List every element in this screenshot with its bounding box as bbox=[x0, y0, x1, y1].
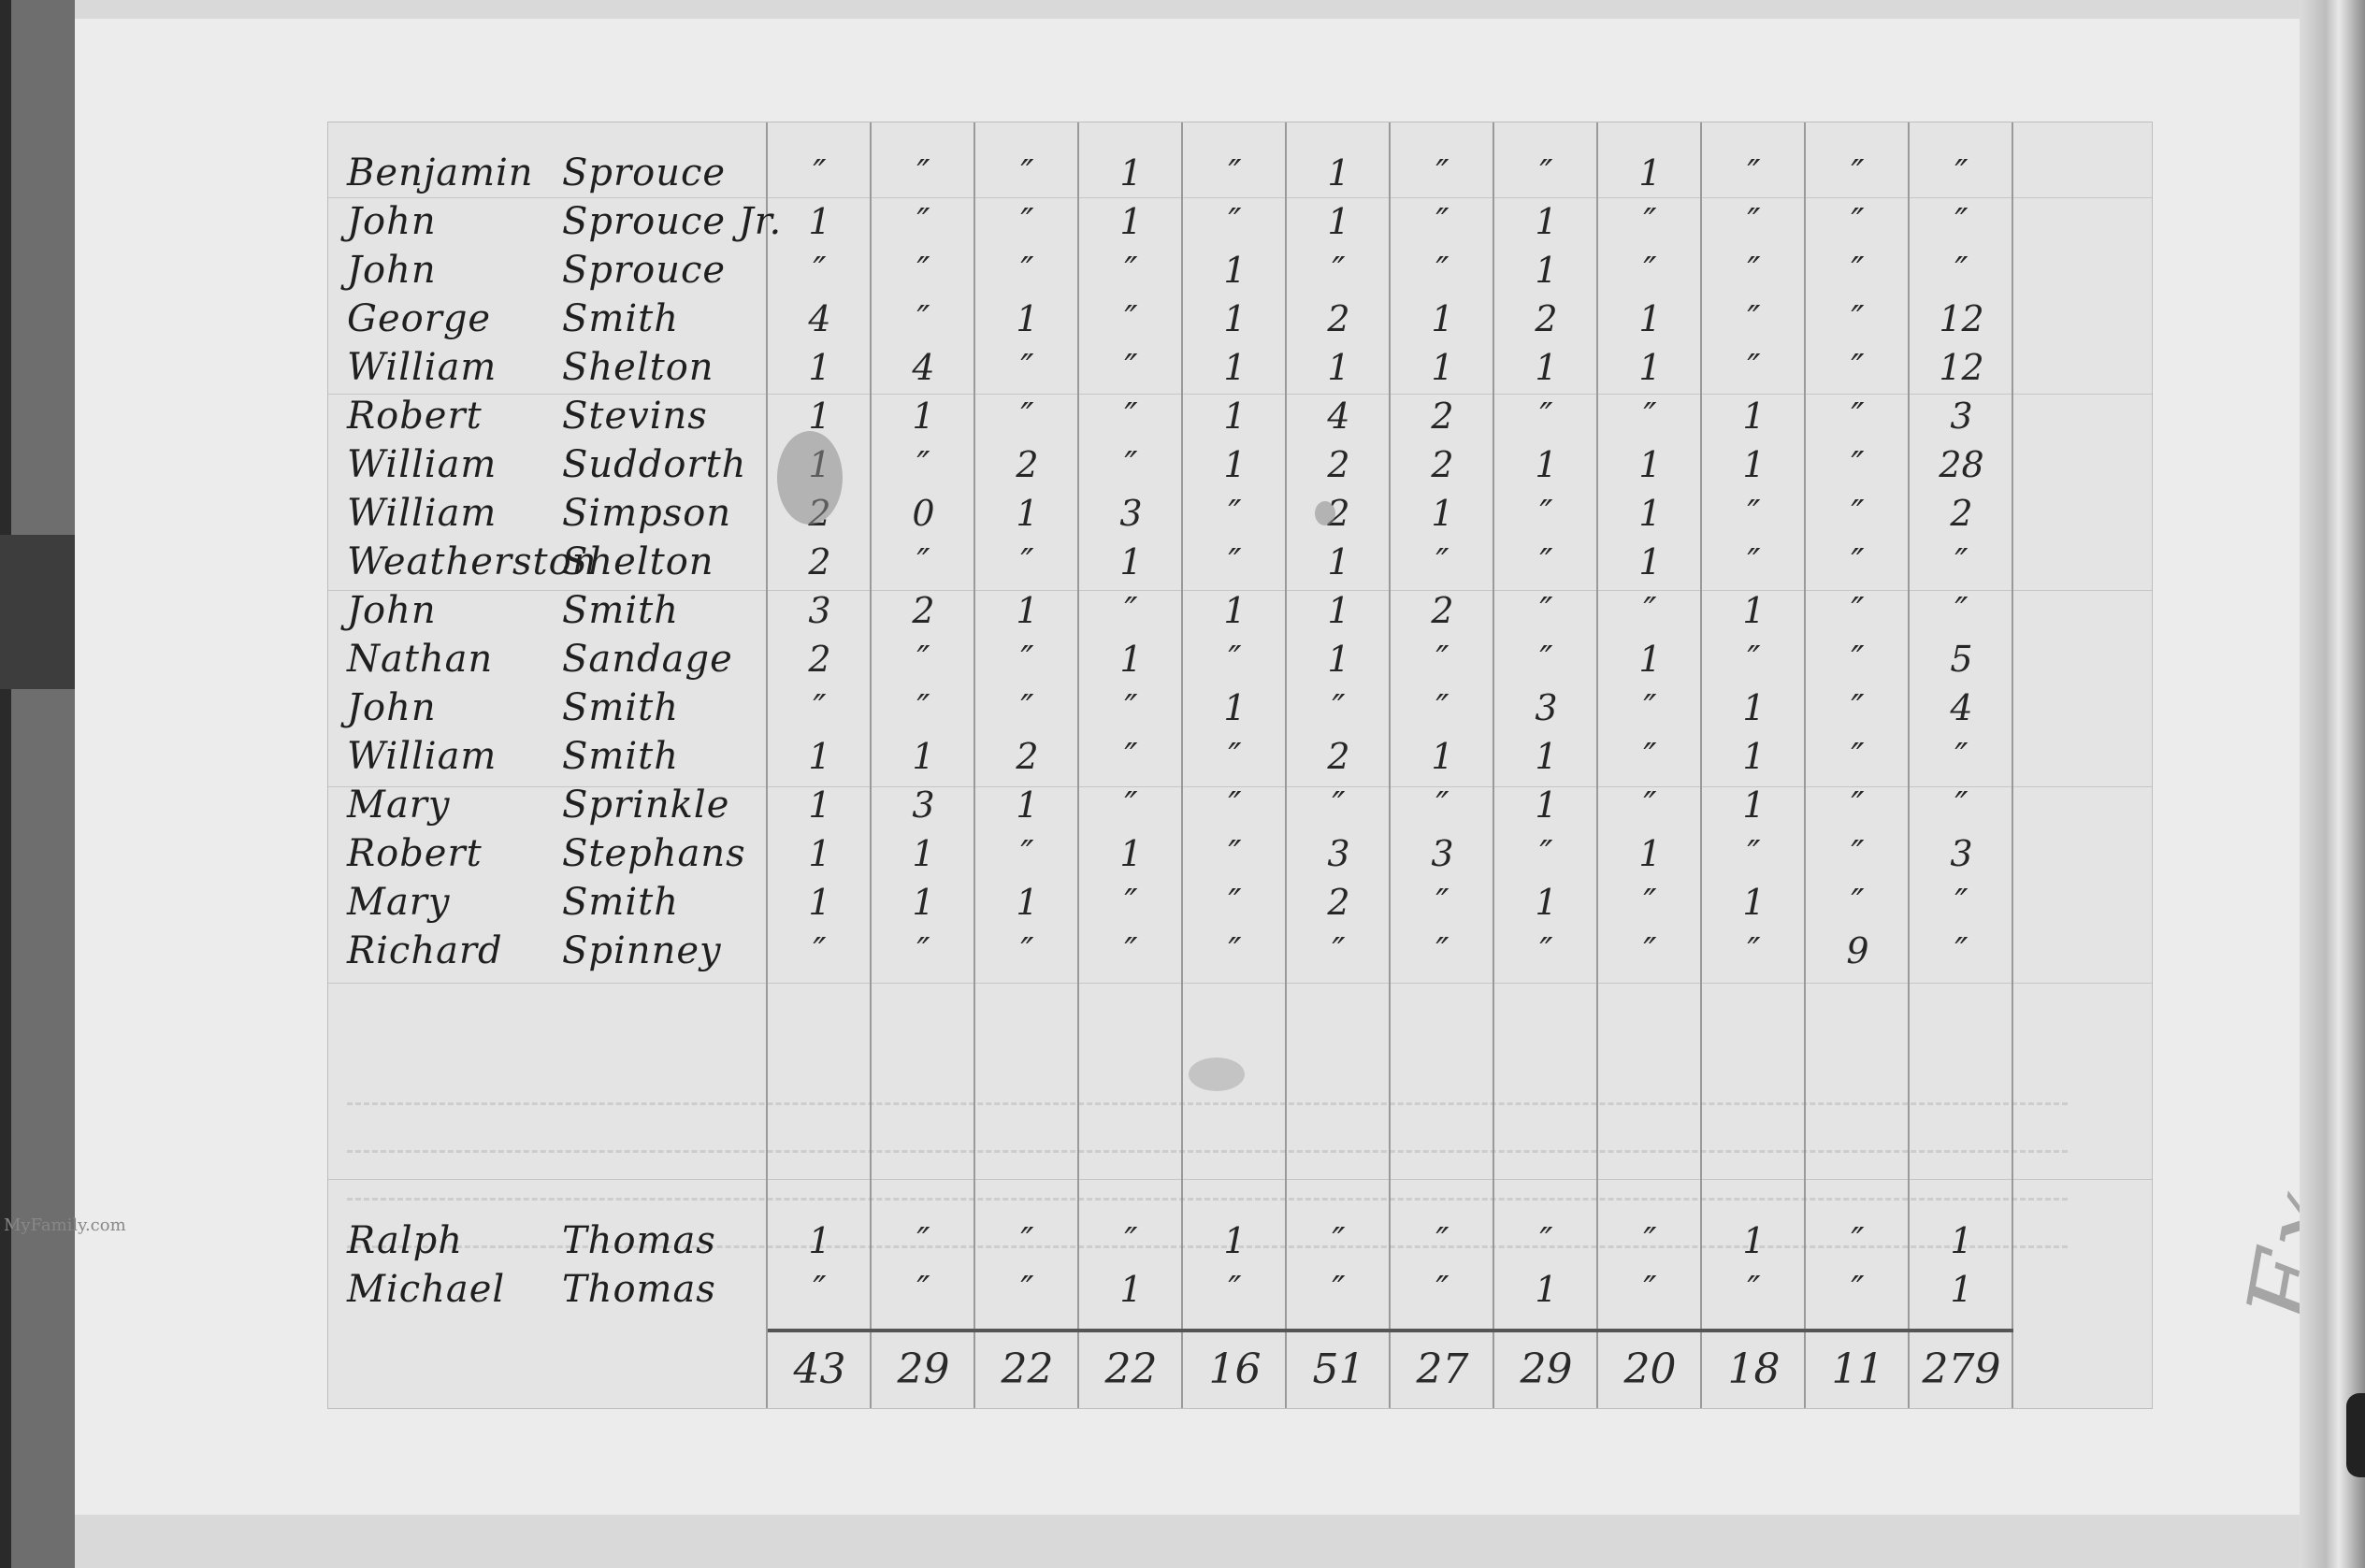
tally-cell: 1 bbox=[1079, 1269, 1183, 1310]
tally-cell: ″ bbox=[1598, 1220, 1702, 1261]
tally-cell: 1 bbox=[1183, 396, 1287, 437]
tally-cell: 5 bbox=[1910, 639, 2013, 680]
tally-cell: ″ bbox=[1391, 541, 1494, 583]
tally-row: 111″″2″1″1″″ bbox=[768, 878, 2013, 927]
tally-cell: ″ bbox=[1391, 152, 1494, 194]
tally-cell: ″ bbox=[1910, 882, 2013, 923]
total-cell: 51 bbox=[1287, 1345, 1391, 1393]
tally-cell: 1 bbox=[1287, 541, 1391, 583]
tally-cell: 1 bbox=[1598, 833, 1702, 874]
tally-cell: 2 bbox=[872, 590, 975, 631]
tally-cell: ″ bbox=[975, 201, 1079, 242]
tally-cell: 1 bbox=[1183, 590, 1287, 631]
tally-cell: 1 bbox=[1287, 201, 1391, 242]
film-left-border bbox=[0, 0, 75, 1568]
tally-cell: ″ bbox=[1079, 590, 1183, 631]
tally-cell: ″ bbox=[1494, 1220, 1598, 1261]
given-name: Robert bbox=[347, 829, 562, 878]
tally-cell: 2 bbox=[1287, 882, 1391, 923]
tally-cell: 1 bbox=[1910, 1269, 2013, 1310]
tally-cell: ″ bbox=[1598, 250, 1702, 291]
tally-cell: ″ bbox=[975, 250, 1079, 291]
given-name: Nathan bbox=[347, 635, 562, 683]
total-cell: 22 bbox=[975, 1345, 1079, 1393]
given-name: Weatherston bbox=[347, 538, 562, 586]
tally-cell: 3 bbox=[1910, 396, 2013, 437]
tally-cell: ″ bbox=[1806, 784, 1910, 826]
tally-cell: ″ bbox=[1287, 784, 1391, 826]
tally-cell: ″ bbox=[975, 541, 1079, 583]
tally-cell: ″ bbox=[1598, 882, 1702, 923]
tally-cell: 3 bbox=[1287, 833, 1391, 874]
tally-cell: 2 bbox=[1287, 736, 1391, 777]
given-name: John bbox=[347, 683, 562, 732]
tally-cell: ″ bbox=[1183, 930, 1287, 971]
tally-cell: 1 bbox=[1598, 444, 1702, 485]
tally-cell: 1 bbox=[1702, 444, 1806, 485]
given-name: Mary bbox=[347, 878, 562, 927]
tally-cell: 1 bbox=[1494, 347, 1598, 388]
surname: Stevins bbox=[562, 392, 708, 440]
tally-cell: ″ bbox=[1702, 493, 1806, 534]
rule-line bbox=[328, 983, 2152, 984]
given-name: Robert bbox=[347, 392, 562, 440]
tally-cell: 1 bbox=[1391, 347, 1494, 388]
tally-cell: ″ bbox=[872, 1220, 975, 1261]
tally-cell: ″ bbox=[1806, 833, 1910, 874]
tally-cell: ″ bbox=[1287, 687, 1391, 728]
tally-cell: ″ bbox=[1287, 930, 1391, 971]
tally-cell: ″ bbox=[1494, 590, 1598, 631]
given-name: John bbox=[347, 586, 562, 635]
total-cell: 279 bbox=[1910, 1345, 2013, 1393]
tally-cell: 1 bbox=[1287, 347, 1391, 388]
tally-cell: ″ bbox=[1183, 152, 1287, 194]
tally-cell: ″ bbox=[872, 1269, 975, 1310]
tally-cell: ″ bbox=[1391, 687, 1494, 728]
tally-cell: ″ bbox=[1806, 639, 1910, 680]
tally-cell: ″ bbox=[1494, 493, 1598, 534]
surname: Sprouce Jr. bbox=[562, 197, 782, 246]
tally-row: ″″″1″1″″1″″″ bbox=[768, 149, 2013, 197]
tally-row: ″″″″1″″3″1″4 bbox=[768, 683, 2013, 732]
tally-cell: 2 bbox=[975, 444, 1079, 485]
surname: Suddorth bbox=[562, 440, 746, 489]
tally-cell: 2 bbox=[1287, 493, 1391, 534]
tally-cell: 3 bbox=[768, 590, 872, 631]
tally-cell: ″ bbox=[872, 250, 975, 291]
tally-cell: ″ bbox=[1702, 298, 1806, 339]
tally-cell: 1 bbox=[768, 396, 872, 437]
tally-cell: ″ bbox=[1806, 687, 1910, 728]
tally-cell: ″ bbox=[1910, 152, 2013, 194]
tally-cell: 1 bbox=[1702, 687, 1806, 728]
tally-cell: 1 bbox=[1494, 736, 1598, 777]
tally-cell: ″ bbox=[1806, 736, 1910, 777]
tally-cell: 1 bbox=[1702, 882, 1806, 923]
tally-cell: 4 bbox=[872, 347, 975, 388]
tally-grid: ″″″1″1″″1″″″1″″1″1″1″″″″″″″″1″″1″″″″4″1″… bbox=[768, 149, 2013, 975]
tally-cell: 1 bbox=[975, 493, 1079, 534]
tally-row: 1″″1″1″1″″″″ bbox=[768, 197, 2013, 246]
tally-cell: ″ bbox=[1287, 1269, 1391, 1310]
surname: Sprouce bbox=[562, 149, 726, 197]
surname: Shelton bbox=[562, 538, 714, 586]
bottom-tally-grid: 1″″″1″″″″1″1″″″1″″″1″″″1 bbox=[768, 1216, 2013, 1314]
tally-cell: 1 bbox=[1598, 639, 1702, 680]
tally-cell: ″ bbox=[1391, 201, 1494, 242]
surname: Sprouce bbox=[562, 246, 726, 295]
total-cell: 29 bbox=[872, 1345, 975, 1393]
tally-cell: 12 bbox=[1910, 298, 2013, 339]
tally-cell: ″ bbox=[1183, 201, 1287, 242]
tally-cell: 1 bbox=[1391, 298, 1494, 339]
tally-cell: ″ bbox=[1806, 1220, 1910, 1261]
tally-cell: ″ bbox=[1598, 930, 1702, 971]
tally-cell: ″ bbox=[1806, 493, 1910, 534]
tally-cell: ″ bbox=[1598, 1269, 1702, 1310]
census-ledger-sheet: BenjaminSprouce JohnSprouce Jr. JohnSpro… bbox=[327, 122, 2153, 1409]
given-name: Benjamin bbox=[347, 149, 562, 197]
tally-cell: 4 bbox=[768, 298, 872, 339]
tally-cell: 12 bbox=[1910, 347, 2013, 388]
tally-row: 14″″11111″″12 bbox=[768, 343, 2013, 392]
tally-cell: 1 bbox=[1079, 833, 1183, 874]
tally-cell: 1 bbox=[1287, 152, 1391, 194]
film-right-edge bbox=[2300, 0, 2365, 1568]
tally-row: ″″″″″″″″″″9″ bbox=[768, 927, 2013, 975]
faded-line bbox=[347, 1111, 2068, 1153]
ink-stain bbox=[777, 431, 843, 525]
surname: Shelton bbox=[562, 343, 714, 392]
totals-row: 4329222216512729201811279 bbox=[768, 1329, 2013, 1393]
tally-cell: 1 bbox=[1079, 639, 1183, 680]
tally-cell: 1 bbox=[1702, 784, 1806, 826]
surname: Sandage bbox=[562, 635, 733, 683]
surname: Simpson bbox=[562, 489, 731, 538]
tally-row: 1″2″122111″28 bbox=[768, 440, 2013, 489]
tally-cell: ″ bbox=[1183, 1269, 1287, 1310]
tally-cell: ″ bbox=[1910, 784, 2013, 826]
tally-cell: ″ bbox=[768, 152, 872, 194]
tally-cell: ″ bbox=[1598, 201, 1702, 242]
total-cell: 16 bbox=[1183, 1345, 1287, 1393]
tally-cell: 1 bbox=[1702, 736, 1806, 777]
tally-cell: ″ bbox=[1494, 396, 1598, 437]
given-name: John bbox=[347, 246, 562, 295]
tally-cell: 1 bbox=[1287, 639, 1391, 680]
given-name: Mary bbox=[347, 781, 562, 829]
tally-row: 2″″1″1″″1″″″ bbox=[768, 538, 2013, 586]
tally-cell: 1 bbox=[1183, 298, 1287, 339]
tally-cell: ″ bbox=[1598, 396, 1702, 437]
tally-cell: 1 bbox=[768, 1220, 872, 1261]
surname: Smith bbox=[562, 683, 679, 732]
tally-cell: 3 bbox=[1079, 493, 1183, 534]
tally-cell: ″ bbox=[1287, 1220, 1391, 1261]
tally-cell: 1 bbox=[975, 784, 1079, 826]
watermark: MyFamily.com bbox=[4, 1216, 126, 1235]
tally-cell: 3 bbox=[872, 784, 975, 826]
given-name: Michael bbox=[347, 1265, 562, 1314]
tally-cell: ″ bbox=[1391, 784, 1494, 826]
tally-cell: ″ bbox=[1806, 882, 1910, 923]
tally-cell: ″ bbox=[1598, 784, 1702, 826]
tally-cell: 1 bbox=[975, 882, 1079, 923]
tally-cell: ″ bbox=[872, 152, 975, 194]
tally-cell: ″ bbox=[1806, 201, 1910, 242]
tally-cell: 4 bbox=[1910, 687, 2013, 728]
tally-row: 321″112″″1″″ bbox=[768, 586, 2013, 635]
tally-cell: ″ bbox=[1391, 1220, 1494, 1261]
tally-cell: 28 bbox=[1910, 444, 2013, 485]
tally-cell: ″ bbox=[1702, 541, 1806, 583]
tally-cell: ″ bbox=[1806, 152, 1910, 194]
tally-cell: 1 bbox=[768, 784, 872, 826]
tally-cell: ″ bbox=[1391, 250, 1494, 291]
tally-cell: ″ bbox=[768, 930, 872, 971]
tally-cell: 1 bbox=[1702, 396, 1806, 437]
tally-cell: ″ bbox=[1183, 784, 1287, 826]
tally-cell: ″ bbox=[768, 250, 872, 291]
tally-cell: 1 bbox=[1598, 152, 1702, 194]
tally-cell: 1 bbox=[872, 736, 975, 777]
tally-cell: ″ bbox=[768, 687, 872, 728]
tally-cell: ″ bbox=[1391, 930, 1494, 971]
given-name: George bbox=[347, 295, 562, 343]
tally-cell: 1 bbox=[768, 736, 872, 777]
tally-cell: ″ bbox=[1494, 541, 1598, 583]
given-name: William bbox=[347, 732, 562, 781]
tally-cell: 1 bbox=[768, 882, 872, 923]
total-cell: 29 bbox=[1494, 1345, 1598, 1393]
total-cell: 22 bbox=[1079, 1345, 1183, 1393]
total-cell: 43 bbox=[768, 1345, 872, 1393]
faded-line bbox=[347, 1158, 2068, 1201]
tally-cell: 1 bbox=[872, 833, 975, 874]
tally-cell: 2 bbox=[975, 736, 1079, 777]
tally-cell: 1 bbox=[1079, 152, 1183, 194]
tally-cell: ″ bbox=[1910, 736, 2013, 777]
tally-cell: ″ bbox=[1183, 639, 1287, 680]
given-name: Ralph bbox=[347, 1216, 562, 1265]
tally-cell: 1 bbox=[768, 833, 872, 874]
tally-cell: ″ bbox=[1079, 930, 1183, 971]
tally-cell: ″ bbox=[872, 201, 975, 242]
tally-cell: 1 bbox=[1598, 298, 1702, 339]
tally-cell: ″ bbox=[872, 687, 975, 728]
tally-cell: 1 bbox=[1183, 444, 1287, 485]
tally-row: 131″″″″1″1″″ bbox=[768, 781, 2013, 829]
tally-cell: 1 bbox=[1494, 1269, 1598, 1310]
tally-cell: 1 bbox=[1183, 687, 1287, 728]
surname: Stephans bbox=[562, 829, 746, 878]
tally-cell: 1 bbox=[1494, 201, 1598, 242]
tally-cell: 1 bbox=[1494, 784, 1598, 826]
tally-cell: ″ bbox=[1702, 833, 1806, 874]
tally-cell: ″ bbox=[1391, 639, 1494, 680]
given-name: John bbox=[347, 197, 562, 246]
tally-cell: ″ bbox=[1183, 541, 1287, 583]
tally-row: 2013″21″1″″2 bbox=[768, 489, 2013, 538]
tally-cell: 2 bbox=[1391, 444, 1494, 485]
tally-cell: 2 bbox=[1391, 590, 1494, 631]
tally-cell: ″ bbox=[1287, 250, 1391, 291]
tally-row: ″″″″1″″1″″″″ bbox=[768, 246, 2013, 295]
tally-cell: 1 bbox=[1287, 590, 1391, 631]
surname: Sprinkle bbox=[562, 781, 729, 829]
tally-cell: ″ bbox=[975, 1220, 1079, 1261]
tally-cell: 0 bbox=[872, 493, 975, 534]
tally-cell: 2 bbox=[768, 541, 872, 583]
tally-cell: 1 bbox=[1391, 736, 1494, 777]
tally-cell: ″ bbox=[1806, 444, 1910, 485]
tally-cell: ″ bbox=[1079, 298, 1183, 339]
tally-cell: 2 bbox=[768, 639, 872, 680]
tally-cell: 1 bbox=[1702, 1220, 1806, 1261]
tally-cell: ″ bbox=[1391, 1269, 1494, 1310]
tally-cell: 1 bbox=[1494, 882, 1598, 923]
tally-cell: ″ bbox=[1079, 882, 1183, 923]
tally-cell: ″ bbox=[975, 347, 1079, 388]
tally-cell: 1 bbox=[975, 590, 1079, 631]
surname: Smith bbox=[562, 878, 679, 927]
tally-cell: ″ bbox=[872, 541, 975, 583]
tally-cell: ″ bbox=[872, 639, 975, 680]
tally-cell: ″ bbox=[1079, 784, 1183, 826]
tally-cell: 3 bbox=[1910, 833, 2013, 874]
tally-cell: ″ bbox=[1910, 250, 2013, 291]
tally-cell: 1 bbox=[1079, 541, 1183, 583]
tally-cell: 4 bbox=[1287, 396, 1391, 437]
tally-cell: ″ bbox=[1598, 590, 1702, 631]
tally-cell: 9 bbox=[1806, 930, 1910, 971]
film-notch bbox=[2346, 1393, 2365, 1477]
tally-cell: ″ bbox=[1910, 930, 2013, 971]
tally-cell: ″ bbox=[1806, 590, 1910, 631]
tally-cell: ″ bbox=[1806, 250, 1910, 291]
tally-cell: 2 bbox=[1287, 444, 1391, 485]
tally-row: ″″″1″″″1″″″1 bbox=[768, 1265, 2013, 1314]
tally-cell: ″ bbox=[1079, 444, 1183, 485]
ink-stain bbox=[1189, 1057, 1245, 1091]
tally-cell: 1 bbox=[1183, 250, 1287, 291]
tally-cell: 1 bbox=[1494, 444, 1598, 485]
tally-cell: ″ bbox=[1391, 882, 1494, 923]
ink-stain bbox=[1315, 501, 1335, 525]
tally-cell: 1 bbox=[1598, 347, 1702, 388]
tally-cell: 1 bbox=[1494, 250, 1598, 291]
tally-row: 11″1″33″1″″3 bbox=[768, 829, 2013, 878]
total-cell: 11 bbox=[1806, 1345, 1910, 1393]
tally-cell: ″ bbox=[975, 396, 1079, 437]
tally-cell: ″ bbox=[975, 930, 1079, 971]
tally-cell: ″ bbox=[1183, 833, 1287, 874]
tally-cell: 1 bbox=[768, 201, 872, 242]
tally-cell: ″ bbox=[1598, 736, 1702, 777]
tally-cell: ″ bbox=[975, 833, 1079, 874]
tally-cell: ″ bbox=[1079, 347, 1183, 388]
tally-cell: ″ bbox=[872, 930, 975, 971]
tally-cell: ″ bbox=[1910, 590, 2013, 631]
total-cell: 18 bbox=[1702, 1345, 1806, 1393]
tally-cell: ″ bbox=[1183, 493, 1287, 534]
surname: Smith bbox=[562, 586, 679, 635]
tally-cell: ″ bbox=[1494, 639, 1598, 680]
given-name: William bbox=[347, 343, 562, 392]
tally-cell: ″ bbox=[975, 1269, 1079, 1310]
tally-cell: 1 bbox=[872, 396, 975, 437]
tally-cell: ″ bbox=[1183, 882, 1287, 923]
tally-cell: ″ bbox=[1079, 736, 1183, 777]
tally-cell: ″ bbox=[1806, 1269, 1910, 1310]
surname: Thomas bbox=[562, 1265, 716, 1314]
surname: Smith bbox=[562, 732, 679, 781]
tally-cell: ″ bbox=[1910, 541, 2013, 583]
tally-cell: ″ bbox=[1183, 736, 1287, 777]
tally-cell: ″ bbox=[1079, 1220, 1183, 1261]
tally-row: 11″″142″″1″3 bbox=[768, 392, 2013, 440]
tally-cell: ″ bbox=[1702, 1269, 1806, 1310]
tally-cell: ″ bbox=[1806, 298, 1910, 339]
total-cell: 27 bbox=[1391, 1345, 1494, 1393]
tally-cell: 1 bbox=[1183, 347, 1287, 388]
film-edge bbox=[0, 0, 11, 1568]
tally-row: 112″″211″1″″ bbox=[768, 732, 2013, 781]
tally-cell: ″ bbox=[768, 1269, 872, 1310]
tally-cell: 1 bbox=[768, 347, 872, 388]
tally-cell: ″ bbox=[1598, 687, 1702, 728]
surname: Spinney bbox=[562, 927, 722, 975]
tally-cell: 1 bbox=[1079, 201, 1183, 242]
tally-row: 1″″″1″″″″1″1 bbox=[768, 1216, 2013, 1265]
tally-cell: 2 bbox=[1391, 396, 1494, 437]
tally-cell: ″ bbox=[975, 687, 1079, 728]
tally-cell: 2 bbox=[1494, 298, 1598, 339]
tally-cell: 1 bbox=[1598, 493, 1702, 534]
tally-cell: ″ bbox=[1079, 687, 1183, 728]
tally-cell: ″ bbox=[1806, 396, 1910, 437]
tally-cell: ″ bbox=[1702, 930, 1806, 971]
tally-cell: ″ bbox=[1079, 250, 1183, 291]
tally-cell: 1 bbox=[1910, 1220, 2013, 1261]
tally-cell: ″ bbox=[1910, 201, 2013, 242]
tally-cell: ″ bbox=[1702, 347, 1806, 388]
tally-cell: 2 bbox=[1287, 298, 1391, 339]
tally-cell: ″ bbox=[975, 152, 1079, 194]
tally-cell: 1 bbox=[1391, 493, 1494, 534]
tally-cell: 3 bbox=[1391, 833, 1494, 874]
tally-cell: 2 bbox=[1910, 493, 2013, 534]
tally-cell: ″ bbox=[1702, 250, 1806, 291]
tally-cell: ″ bbox=[975, 639, 1079, 680]
tally-cell: ″ bbox=[872, 298, 975, 339]
tally-cell: 3 bbox=[1494, 687, 1598, 728]
surname: Thomas bbox=[562, 1216, 716, 1265]
tally-cell: ″ bbox=[1494, 152, 1598, 194]
given-name: Richard bbox=[347, 927, 562, 975]
tally-cell: 1 bbox=[1183, 1220, 1287, 1261]
given-name: William bbox=[347, 489, 562, 538]
tally-cell: ″ bbox=[1702, 201, 1806, 242]
tally-cell: 1 bbox=[1598, 541, 1702, 583]
tally-cell: 1 bbox=[872, 882, 975, 923]
tally-row: 2″″1″1″″1″″5 bbox=[768, 635, 2013, 683]
tally-cell: ″ bbox=[1494, 833, 1598, 874]
total-cell: 20 bbox=[1598, 1345, 1702, 1393]
given-name: William bbox=[347, 440, 562, 489]
tally-cell: ″ bbox=[1702, 639, 1806, 680]
